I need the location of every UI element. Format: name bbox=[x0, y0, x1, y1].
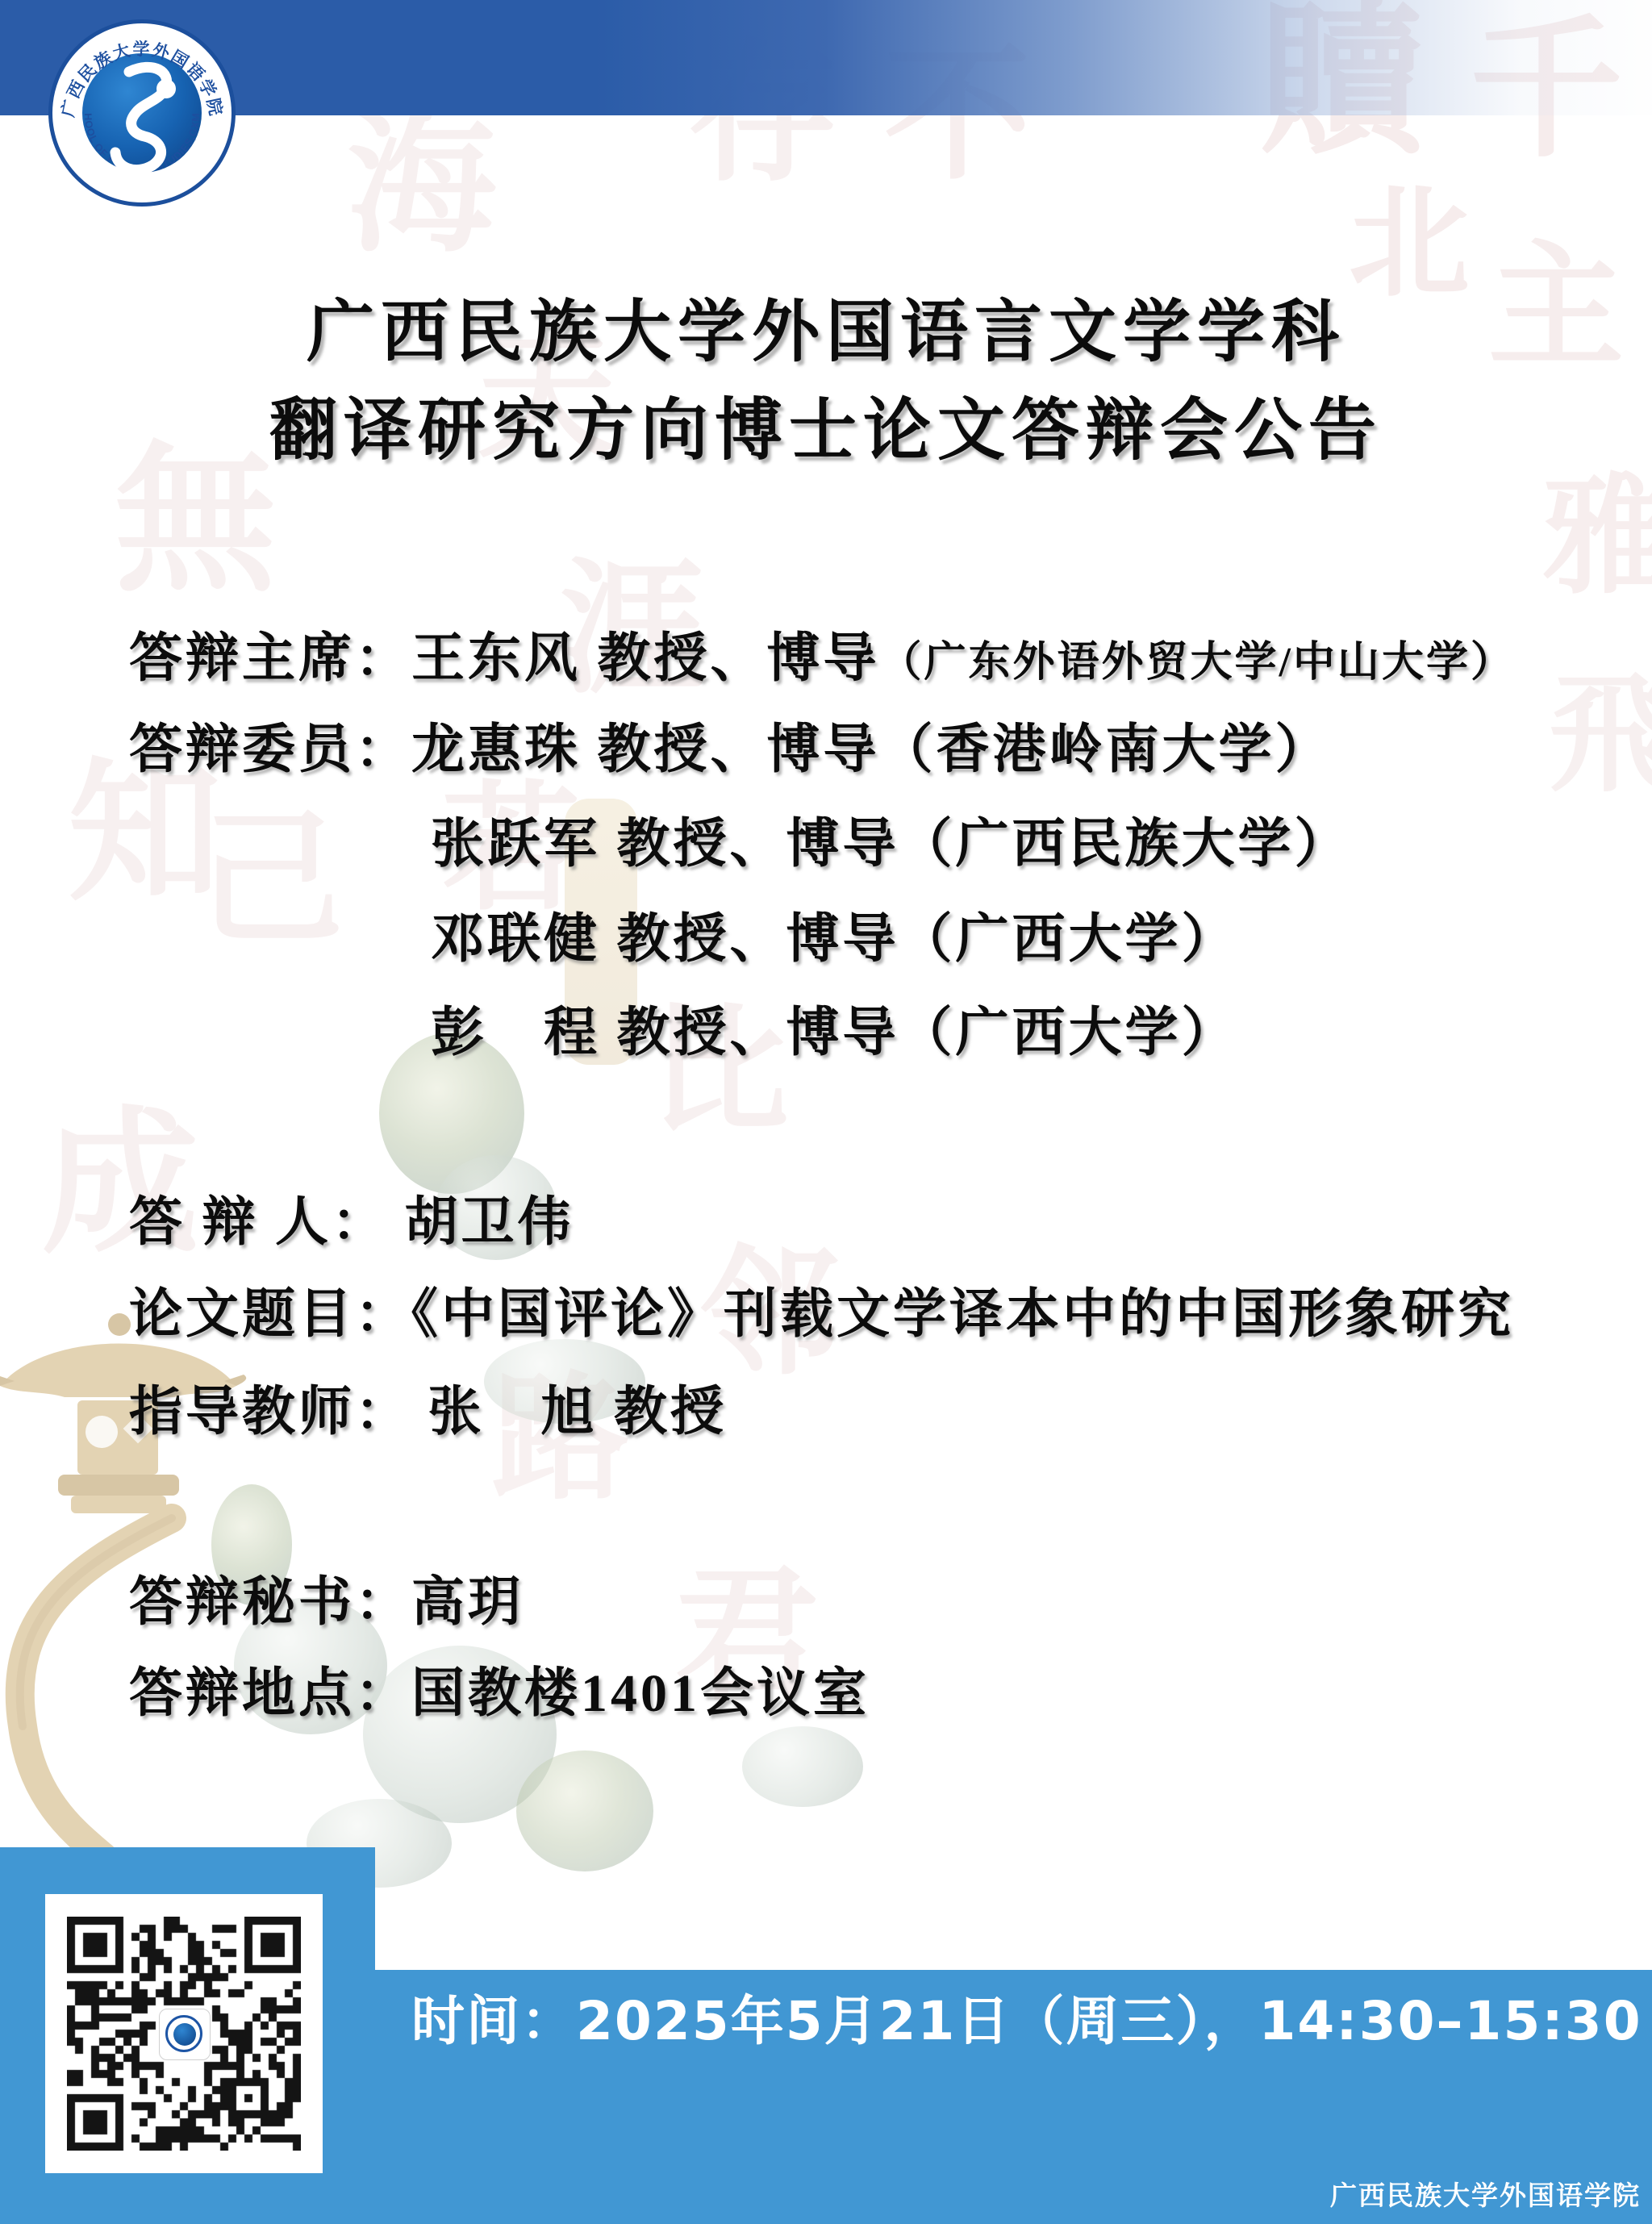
watermark-character: 雅 bbox=[1542, 473, 1652, 602]
pebble-decoration bbox=[516, 1750, 653, 1871]
logo-emblem-icon: 广西民族大学外国语学院 SCHOOL OF FOREIGN STUDIES,GX… bbox=[52, 23, 232, 202]
poster-page: 千 贖 北 主 雅 飛 海 天 存 知 無 己 成 涯 若 比 邻 君 不 路 bbox=[0, 0, 1652, 2224]
qr-panel bbox=[45, 1894, 323, 2173]
watermark-character: 海 bbox=[347, 113, 496, 262]
footer-organization: 广西民族大学外国语学院 bbox=[1330, 2175, 1641, 2213]
body-line-supervisor: 指导教师： 张 旭 教授 bbox=[129, 1380, 727, 1445]
qr-logo-disc-icon bbox=[173, 2023, 196, 2046]
defense-time-text: 时间：2025年5月21日（周三），14:30–15:30 bbox=[411, 1978, 1642, 2055]
body-line-committee-4: 彭 程 教授、博导（广西大学） bbox=[431, 1001, 1238, 1066]
body-line-committee-2: 张跃军 教授、博导（广西民族大学） bbox=[431, 812, 1351, 877]
poster-title-line1: 广西民族大学外国语言文学学科 bbox=[0, 284, 1652, 382]
poster-title-line2: 翻译研究方向博士论文答辩会公告 bbox=[0, 382, 1652, 481]
pebble-decoration bbox=[742, 1726, 863, 1807]
body-line-candidate: 答 辩 人： 胡卫伟 bbox=[129, 1191, 574, 1255]
school-logo: 广西民族大学外国语学院 SCHOOL OF FOREIGN STUDIES,GX… bbox=[48, 19, 236, 207]
body-line-committee-1: 答辩委员：龙惠珠 教授、博导（香港岭南大学） bbox=[129, 718, 1332, 782]
body-line-thesis-title: 论文题目：《中国评论》刊载文学译本中的中国形象研究 bbox=[129, 1283, 1514, 1347]
body-line-committee-3: 邓联健 教授、博导（广西大学） bbox=[431, 908, 1238, 972]
top-banner-bar bbox=[0, 0, 1652, 115]
watermark-character: 己 bbox=[198, 808, 344, 953]
body-line-chair: 答辩主席：王东风 教授、博导（广东外语外贸大学/中山大学） bbox=[129, 627, 1515, 695]
qr-center-logo bbox=[159, 2009, 211, 2060]
body-line-secretary: 答辩秘书：高玥 bbox=[129, 1571, 524, 1635]
watermark-character: 飛 bbox=[1549, 671, 1652, 800]
body-line-venue: 答辩地点：国教楼1401会议室 bbox=[129, 1662, 870, 1726]
poster-title: 广西民族大学外国语言文学学科 翻译研究方向博士论文答辩会公告 bbox=[0, 284, 1652, 481]
